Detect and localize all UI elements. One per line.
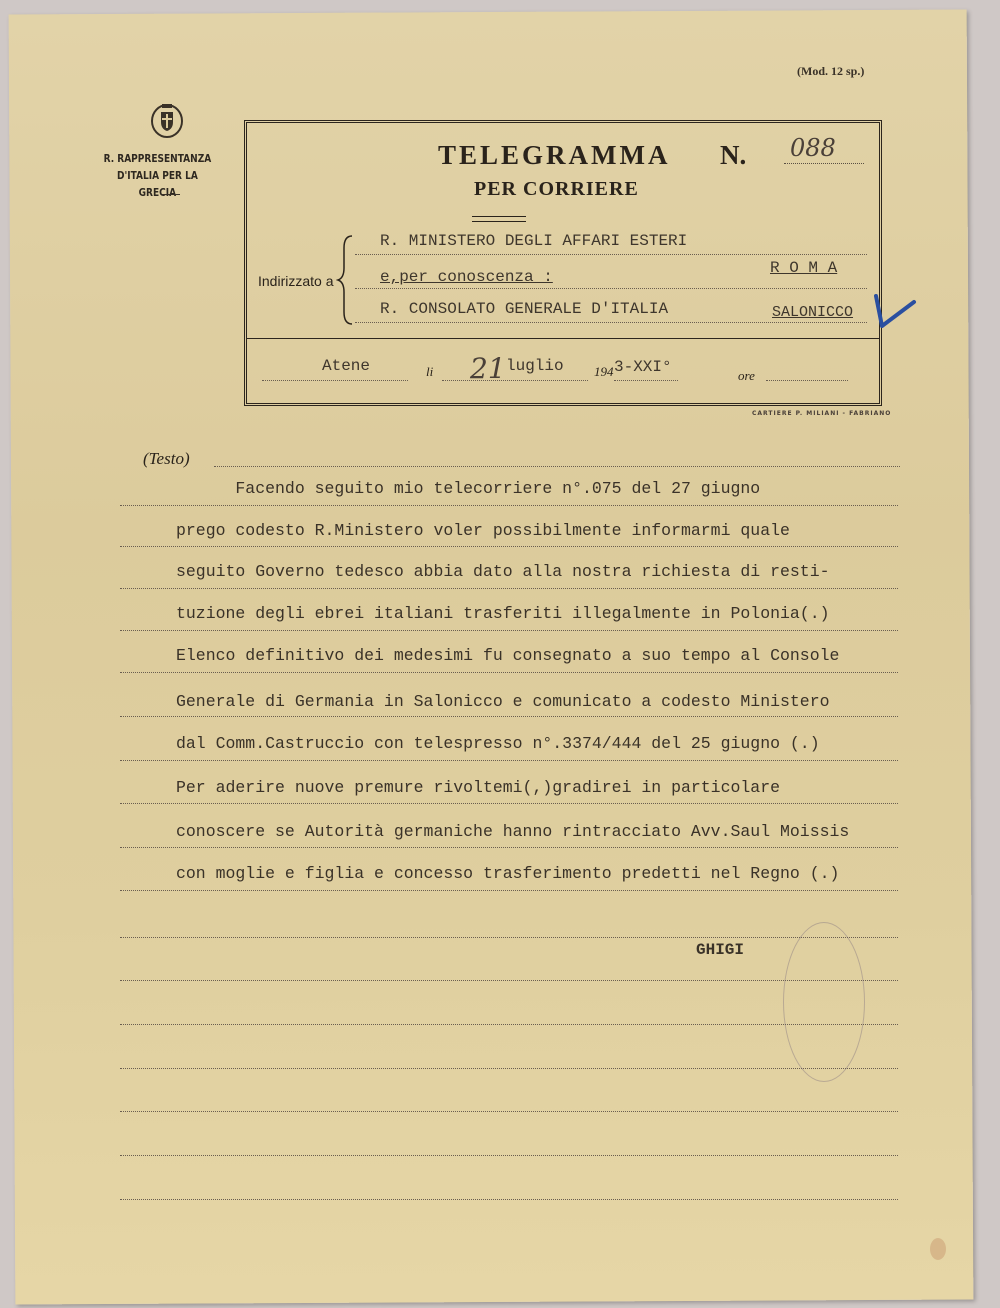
telegram-subtitle: PER CORRIERE bbox=[474, 178, 639, 201]
body-line-4: tuzione degli ebrei italiani trasferiti … bbox=[176, 604, 830, 623]
rule bbox=[120, 890, 898, 891]
body-line-3: seguito Governo tedesco abbia dato alla … bbox=[176, 562, 830, 581]
body-line-6: Generale di Germania in Salonicco e comu… bbox=[176, 692, 830, 711]
recipient-2: e,per conoscenza : bbox=[380, 268, 553, 286]
coat-of-arms-icon bbox=[150, 103, 184, 141]
paper-maker-imprint: CARTIERE P. MILIANI - FABRIANO bbox=[752, 410, 891, 417]
date-line bbox=[442, 380, 588, 381]
body-line-7: dal Comm.Castruccio con telespresso n°.3… bbox=[176, 734, 820, 753]
recipient-3: R. CONSOLATO GENERALE D'ITALIA bbox=[380, 300, 668, 318]
rule bbox=[120, 716, 898, 717]
rule bbox=[120, 1068, 898, 1069]
recipient-line-1 bbox=[355, 254, 867, 255]
body-line-2: prego codesto R.Ministero voler possibil… bbox=[176, 521, 790, 540]
check-mark-icon bbox=[872, 290, 918, 338]
recipient-1: R. MINISTERO DEGLI AFFARI ESTERI bbox=[380, 232, 687, 250]
rule bbox=[120, 672, 898, 673]
year-suffix: 3-XXI° bbox=[614, 358, 672, 376]
body-line-1: Facendo seguito mio telecorriere n°.075 … bbox=[176, 479, 760, 498]
rule bbox=[120, 847, 898, 848]
telegram-number: 088 bbox=[790, 134, 836, 162]
double-rule bbox=[472, 216, 526, 222]
rule bbox=[120, 1155, 898, 1156]
rule bbox=[120, 546, 898, 547]
addressed-label: Indirizzato a bbox=[258, 273, 333, 289]
paper-stain bbox=[930, 1238, 946, 1260]
year-line bbox=[614, 380, 678, 381]
signature: GHIGI bbox=[696, 941, 744, 959]
month: luglio bbox=[506, 357, 564, 375]
testo-label: (Testo) bbox=[143, 449, 190, 469]
testo-line bbox=[214, 466, 900, 467]
ore-label: ore bbox=[738, 368, 755, 384]
rule bbox=[120, 980, 898, 981]
agency-name: R. RAPPRESENTANZA D'ITALIA PER LA GRECIA bbox=[100, 150, 215, 201]
recipient-line-3 bbox=[355, 322, 867, 323]
rule bbox=[120, 630, 898, 631]
brace-icon bbox=[336, 234, 354, 326]
recipient-line-2 bbox=[355, 288, 867, 289]
faded-stamp bbox=[783, 922, 865, 1082]
place-line bbox=[262, 380, 408, 381]
telegram-title: TELEGRAMMA bbox=[438, 140, 671, 171]
body-line-5: Elenco definitivo dei medesimi fu conseg… bbox=[176, 646, 839, 665]
rule bbox=[120, 803, 898, 804]
form-code: (Mod. 12 sp.) bbox=[797, 64, 864, 79]
place: Atene bbox=[322, 357, 370, 375]
number-label: N. bbox=[720, 140, 746, 171]
year-prefix: 194 bbox=[594, 364, 614, 380]
rule bbox=[120, 588, 898, 589]
body-line-8: Per aderire nuove premure rivoltemi(,)gr… bbox=[176, 778, 780, 797]
recipient-city-salonicco: SALONICCO bbox=[772, 304, 853, 321]
rule bbox=[120, 937, 898, 938]
rule bbox=[120, 1199, 898, 1200]
number-dotted-line bbox=[784, 163, 864, 164]
agency-line2: D'ITALIA PER LA GRECIA bbox=[100, 167, 215, 201]
rule bbox=[120, 1024, 898, 1025]
recipient-city-rome: R O M A bbox=[770, 259, 837, 277]
separator-line bbox=[246, 338, 880, 339]
rule bbox=[120, 1111, 898, 1112]
ore-line bbox=[766, 380, 848, 381]
agency-rule bbox=[162, 194, 180, 195]
rule bbox=[120, 760, 898, 761]
body-line-9: conoscere se Autorità germaniche hanno r… bbox=[176, 822, 849, 841]
body-line-10: con moglie e figlia e concesso trasferim… bbox=[176, 864, 839, 883]
agency-line1: R. RAPPRESENTANZA bbox=[100, 150, 215, 167]
rule bbox=[120, 505, 898, 506]
li-label: li bbox=[426, 364, 433, 380]
